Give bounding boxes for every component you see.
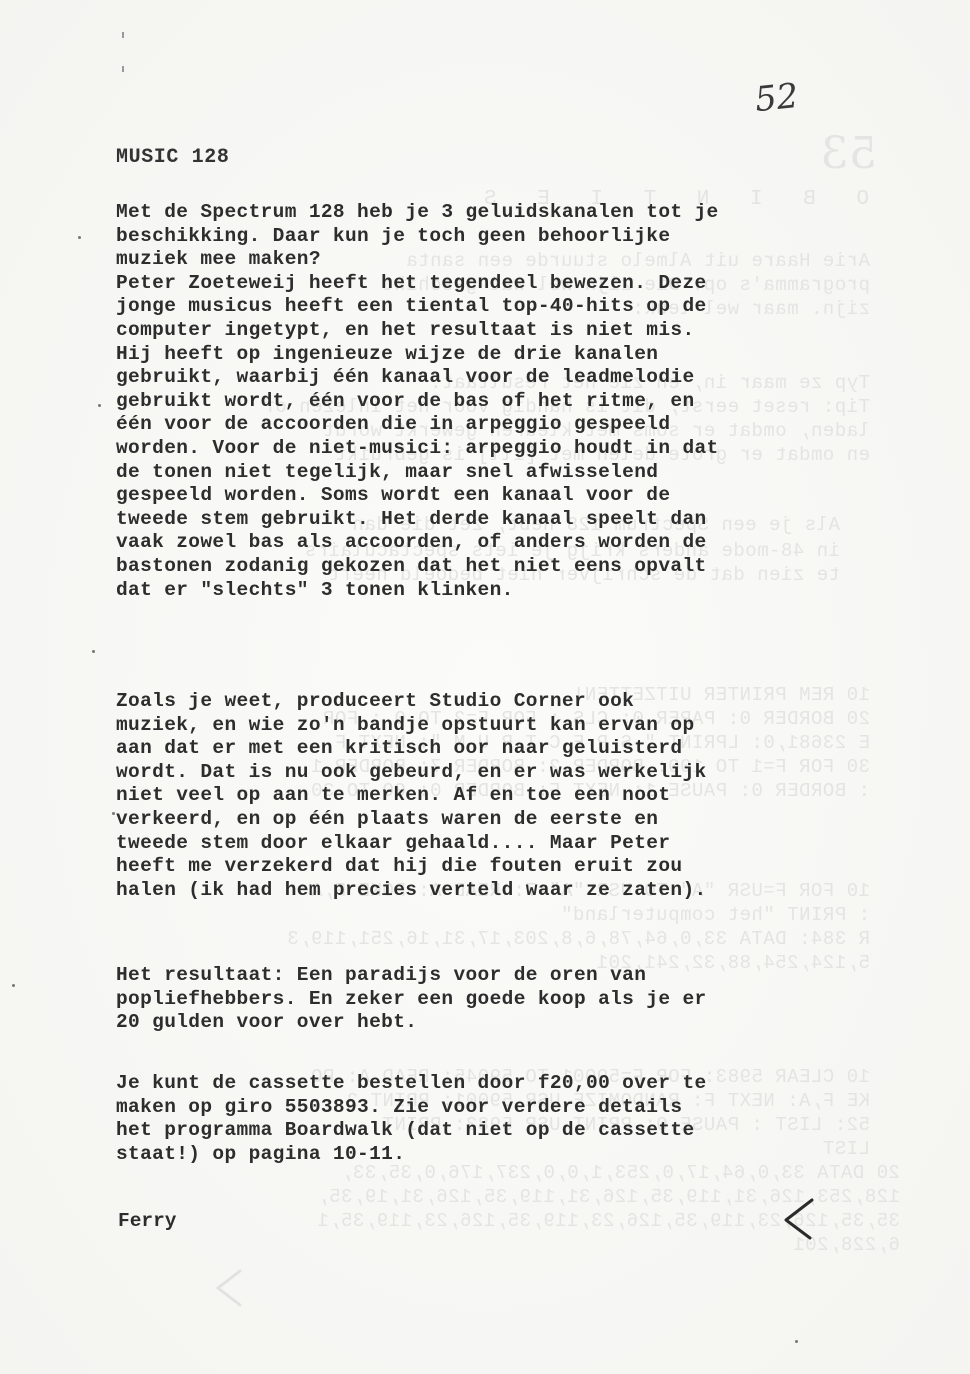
margin-mark <box>122 32 124 38</box>
paragraph-intro: Met de Spectrum 128 heb je 3 geluidskana… <box>116 201 836 602</box>
signature: Ferry <box>118 1210 177 1232</box>
margin-mark <box>122 66 124 72</box>
speck <box>795 1340 798 1343</box>
handwritten-page-number: 52 <box>753 76 800 120</box>
paragraph-studio-corner: Zoals je weet, produceert Studio Corner … <box>116 690 836 902</box>
speck <box>98 404 101 407</box>
bleed-through-line: 128,253,126,31,119,35,126,31,119,35,126,… <box>0 1186 900 1208</box>
speck <box>92 650 95 653</box>
speck <box>112 812 115 815</box>
bleed-through-line: 6,228,201 <box>0 1234 900 1256</box>
speck <box>12 984 15 987</box>
bleed-through-line: : PRINT "het computerland" <box>0 904 870 926</box>
bleed-through-page-number: 53 <box>820 128 877 179</box>
paragraph-result: Het resultaat: Een paradijs voor de oren… <box>116 964 836 1035</box>
scanned-page: 53 O B I N T I E S Arie Haare uit Almelo… <box>0 0 970 1374</box>
speck <box>78 236 81 239</box>
handwritten-check-mark-icon <box>780 1196 816 1242</box>
article-title: MUSIC 128 <box>116 146 229 169</box>
bleed-through-check-mark-icon <box>214 1268 244 1308</box>
paragraph-ordering: Je kunt de cassette bestellen door f20,0… <box>116 1072 836 1166</box>
bleed-through-line: R 384: DATA 33,0,64,78,6,8,203,17,31,16,… <box>0 928 870 950</box>
